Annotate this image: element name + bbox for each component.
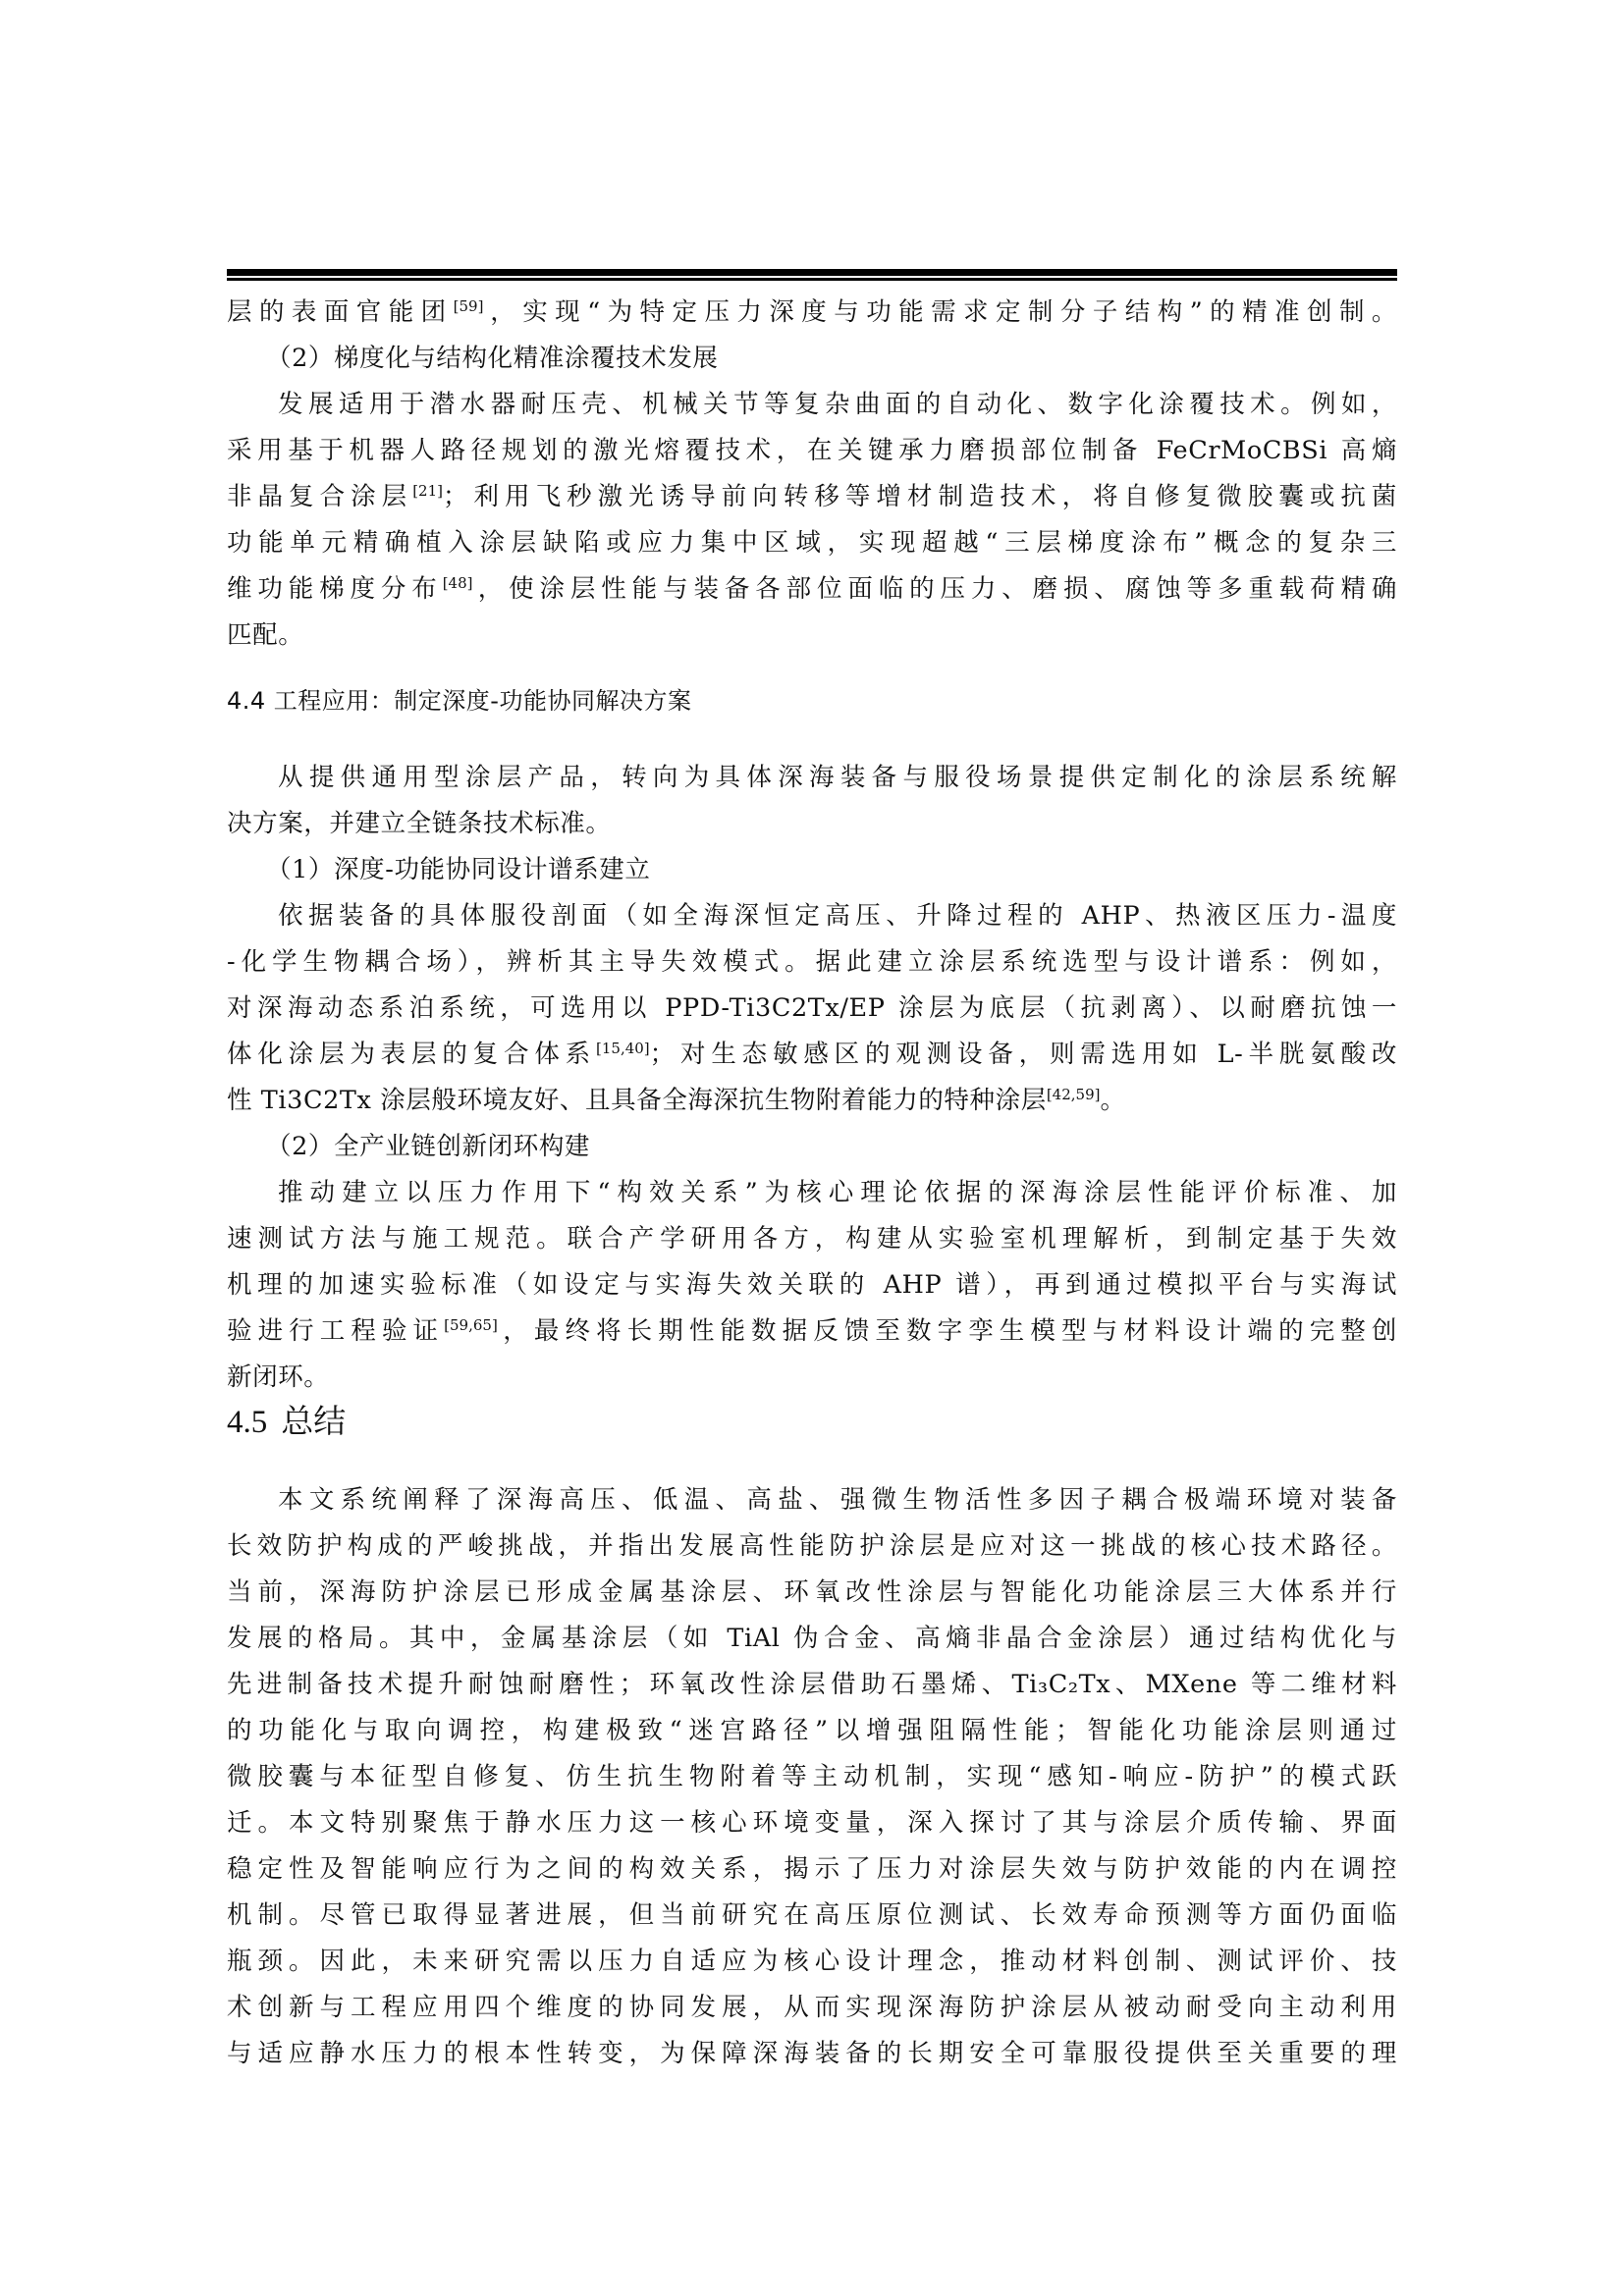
paragraph-line: 机理的加速实验标准（如设定与实海失效关联的 AHP 谱），再到通过模拟平台与实海… xyxy=(227,1269,1397,1301)
section-number: 4.5 xyxy=(227,1405,267,1440)
paragraph-line: 匹配。 xyxy=(227,619,1397,651)
citation: [21] xyxy=(412,482,443,500)
paragraph-line: 验进行工程验证[59,65]，最终将长期性能数据反馈至数字孪生模型与材料设计端的… xyxy=(227,1315,1397,1347)
paragraph-line: 功能单元精确植入涂层缺陷或应力集中区域，实现超越“三层梯度涂布”概念的复杂三 xyxy=(227,527,1397,559)
paragraph-line: 维功能梯度分布[48]，使涂层性能与装备各部位面临的压力、磨损、腐蚀等多重载荷精… xyxy=(227,573,1397,605)
paragraph-line: 本文系统阐释了深海高压、低温、高盐、强微生物活性多因子耦合极端环境对装备 xyxy=(227,1484,1397,1516)
section-title: 总结 xyxy=(281,1402,346,1440)
paragraph-line: 决方案，并建立全链条技术标准。 xyxy=(227,808,1397,839)
section-heading-4-5: 4.5总结 xyxy=(227,1402,346,1442)
paragraph-line: 稳定性及智能响应行为之间的构效关系，揭示了压力对涂层失效与防护效能的内在调控 xyxy=(227,1853,1397,1885)
citation: [42,59] xyxy=(1047,1086,1101,1103)
citation: [15,40] xyxy=(596,1040,650,1057)
paragraph-line: 对深海动态系泊系统，可选用以 PPD-Ti3C2Tx/EP 涂层为底层（抗剥离）… xyxy=(227,992,1397,1024)
paragraph-line: 采用基于机器人路径规划的激光熔覆技术，在关键承力磨损部位制备 FeCrMoCBS… xyxy=(227,435,1397,466)
paragraph-line: 微胶囊与本征型自修复、仿生抗生物附着等主动机制，实现“感知-响应-防护”的模式跃 xyxy=(227,1761,1397,1792)
paragraph-line: 性 Ti3C2Tx 涂层般环境友好、且具备全海深抗生物附着能力的特种涂层[42,… xyxy=(227,1085,1397,1116)
paragraph-line: 迁。本文特别聚焦于静水压力这一核心环境变量，深入探讨了其与涂层介质传输、界面 xyxy=(227,1807,1397,1839)
header-rule-thick xyxy=(227,269,1397,276)
paragraph-line: 非晶复合涂层[21]；利用飞秒激光诱导前向转移等增材制造技术，将自修复微胶囊或抗… xyxy=(227,481,1397,512)
paragraph-line: 依据装备的具体服役剖面（如全海深恒定高压、升降过程的 AHP、热液区压力-温度 xyxy=(227,900,1397,932)
paragraph-line: 机制。尽管已取得显著进展，但当前研究在高压原位测试、长效寿命预测等方面仍面临 xyxy=(227,1899,1397,1931)
section-heading-4-4: 4.4 工程应用：制定深度-功能协同解决方案 xyxy=(227,685,691,717)
paragraph-line: 长效防护构成的严峻挑战，并指出发展高性能防护涂层是应对这一挑战的核心技术路径。 xyxy=(227,1530,1397,1562)
paragraph-line: 推动建立以压力作用下“构效关系”为核心理论依据的深海涂层性能评价标准、加 xyxy=(227,1177,1397,1208)
citation: [59,65] xyxy=(444,1316,498,1334)
paragraph-line: 速测试方法与施工规范。联合产学研用各方，构建从实验室机理解析，到制定基于失效 xyxy=(227,1223,1397,1255)
paragraph-line: 发展适用于潜水器耐压壳、机械关节等复杂曲面的自动化、数字化涂覆技术。例如， xyxy=(227,389,1397,420)
header-rule-thin xyxy=(227,278,1397,281)
paragraph-line: 新闭环。 xyxy=(227,1362,1397,1393)
paragraph-line: 从提供通用型涂层产品，转向为具体深海装备与服役场景提供定制化的涂层系统解 xyxy=(227,762,1397,793)
paragraph-line: 发展的格局。其中，金属基涂层（如 TiAl 伪合金、高熵非晶合金涂层）通过结构优… xyxy=(227,1623,1397,1654)
paragraph-line: 与适应静水压力的根本性转变，为保障深海装备的长期安全可靠服役提供至关重要的理 xyxy=(227,2038,1397,2069)
paragraph-line: 体化涂层为表层的复合体系[15,40]；对生态敏感区的观测设备，则需选用如 L-… xyxy=(227,1039,1397,1070)
paragraph-line: 层的表面官能团[59]，实现“为特定压力深度与功能需求定制分子结构”的精准创制。 xyxy=(227,296,1397,328)
paragraph-line: 的功能化与取向调控，构建极致“迷宫路径”以增强阻隔性能；智能化功能涂层则通过 xyxy=(227,1715,1397,1746)
subheading-gradient-coating: （2）梯度化与结构化精准涂覆技术发展 xyxy=(227,343,1397,374)
subheading-industry-chain-loop: （2）全产业链创新闭环构建 xyxy=(227,1131,1397,1162)
paragraph-line: 先进制备技术提升耐蚀耐磨性；环氧改性涂层借助石墨烯、Ti₃C₂Tx、MXene … xyxy=(227,1669,1397,1700)
citation: [59] xyxy=(454,297,484,315)
paragraph-line: 瓶颈。因此，未来研究需以压力自适应为核心设计理念，推动材料创制、测试评价、技 xyxy=(227,1946,1397,1977)
paragraph-line: -化学生物耦合场），辨析其主导失效模式。据此建立涂层系统选型与设计谱系：例如， xyxy=(227,946,1397,978)
subheading-depth-function-design: （1）深度-功能协同设计谱系建立 xyxy=(227,854,1397,885)
citation: [48] xyxy=(443,574,473,592)
paragraph-line: 术创新与工程应用四个维度的协同发展，从而实现深海防护涂层从被动耐受向主动利用 xyxy=(227,1992,1397,2023)
paragraph-line: 当前，深海防护涂层已形成金属基涂层、环氧改性涂层与智能化功能涂层三大体系并行 xyxy=(227,1576,1397,1608)
